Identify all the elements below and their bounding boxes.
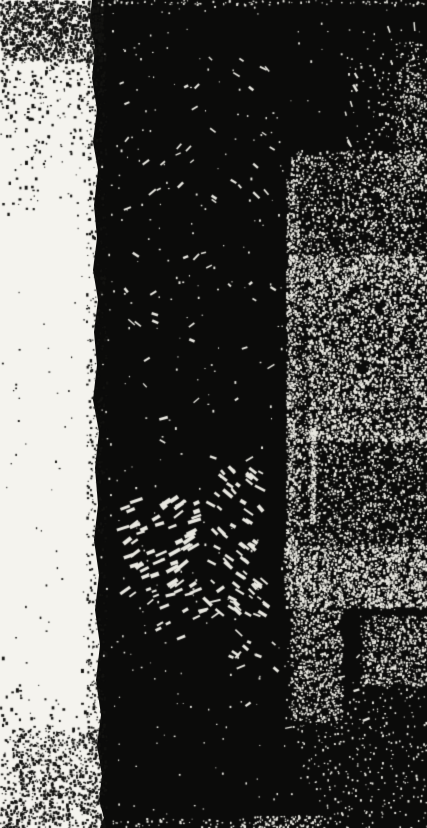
grain-texture-canvas <box>0 0 427 828</box>
halftone-photo-stage: Grainy high-contrast black-and-white hal… <box>0 0 427 828</box>
